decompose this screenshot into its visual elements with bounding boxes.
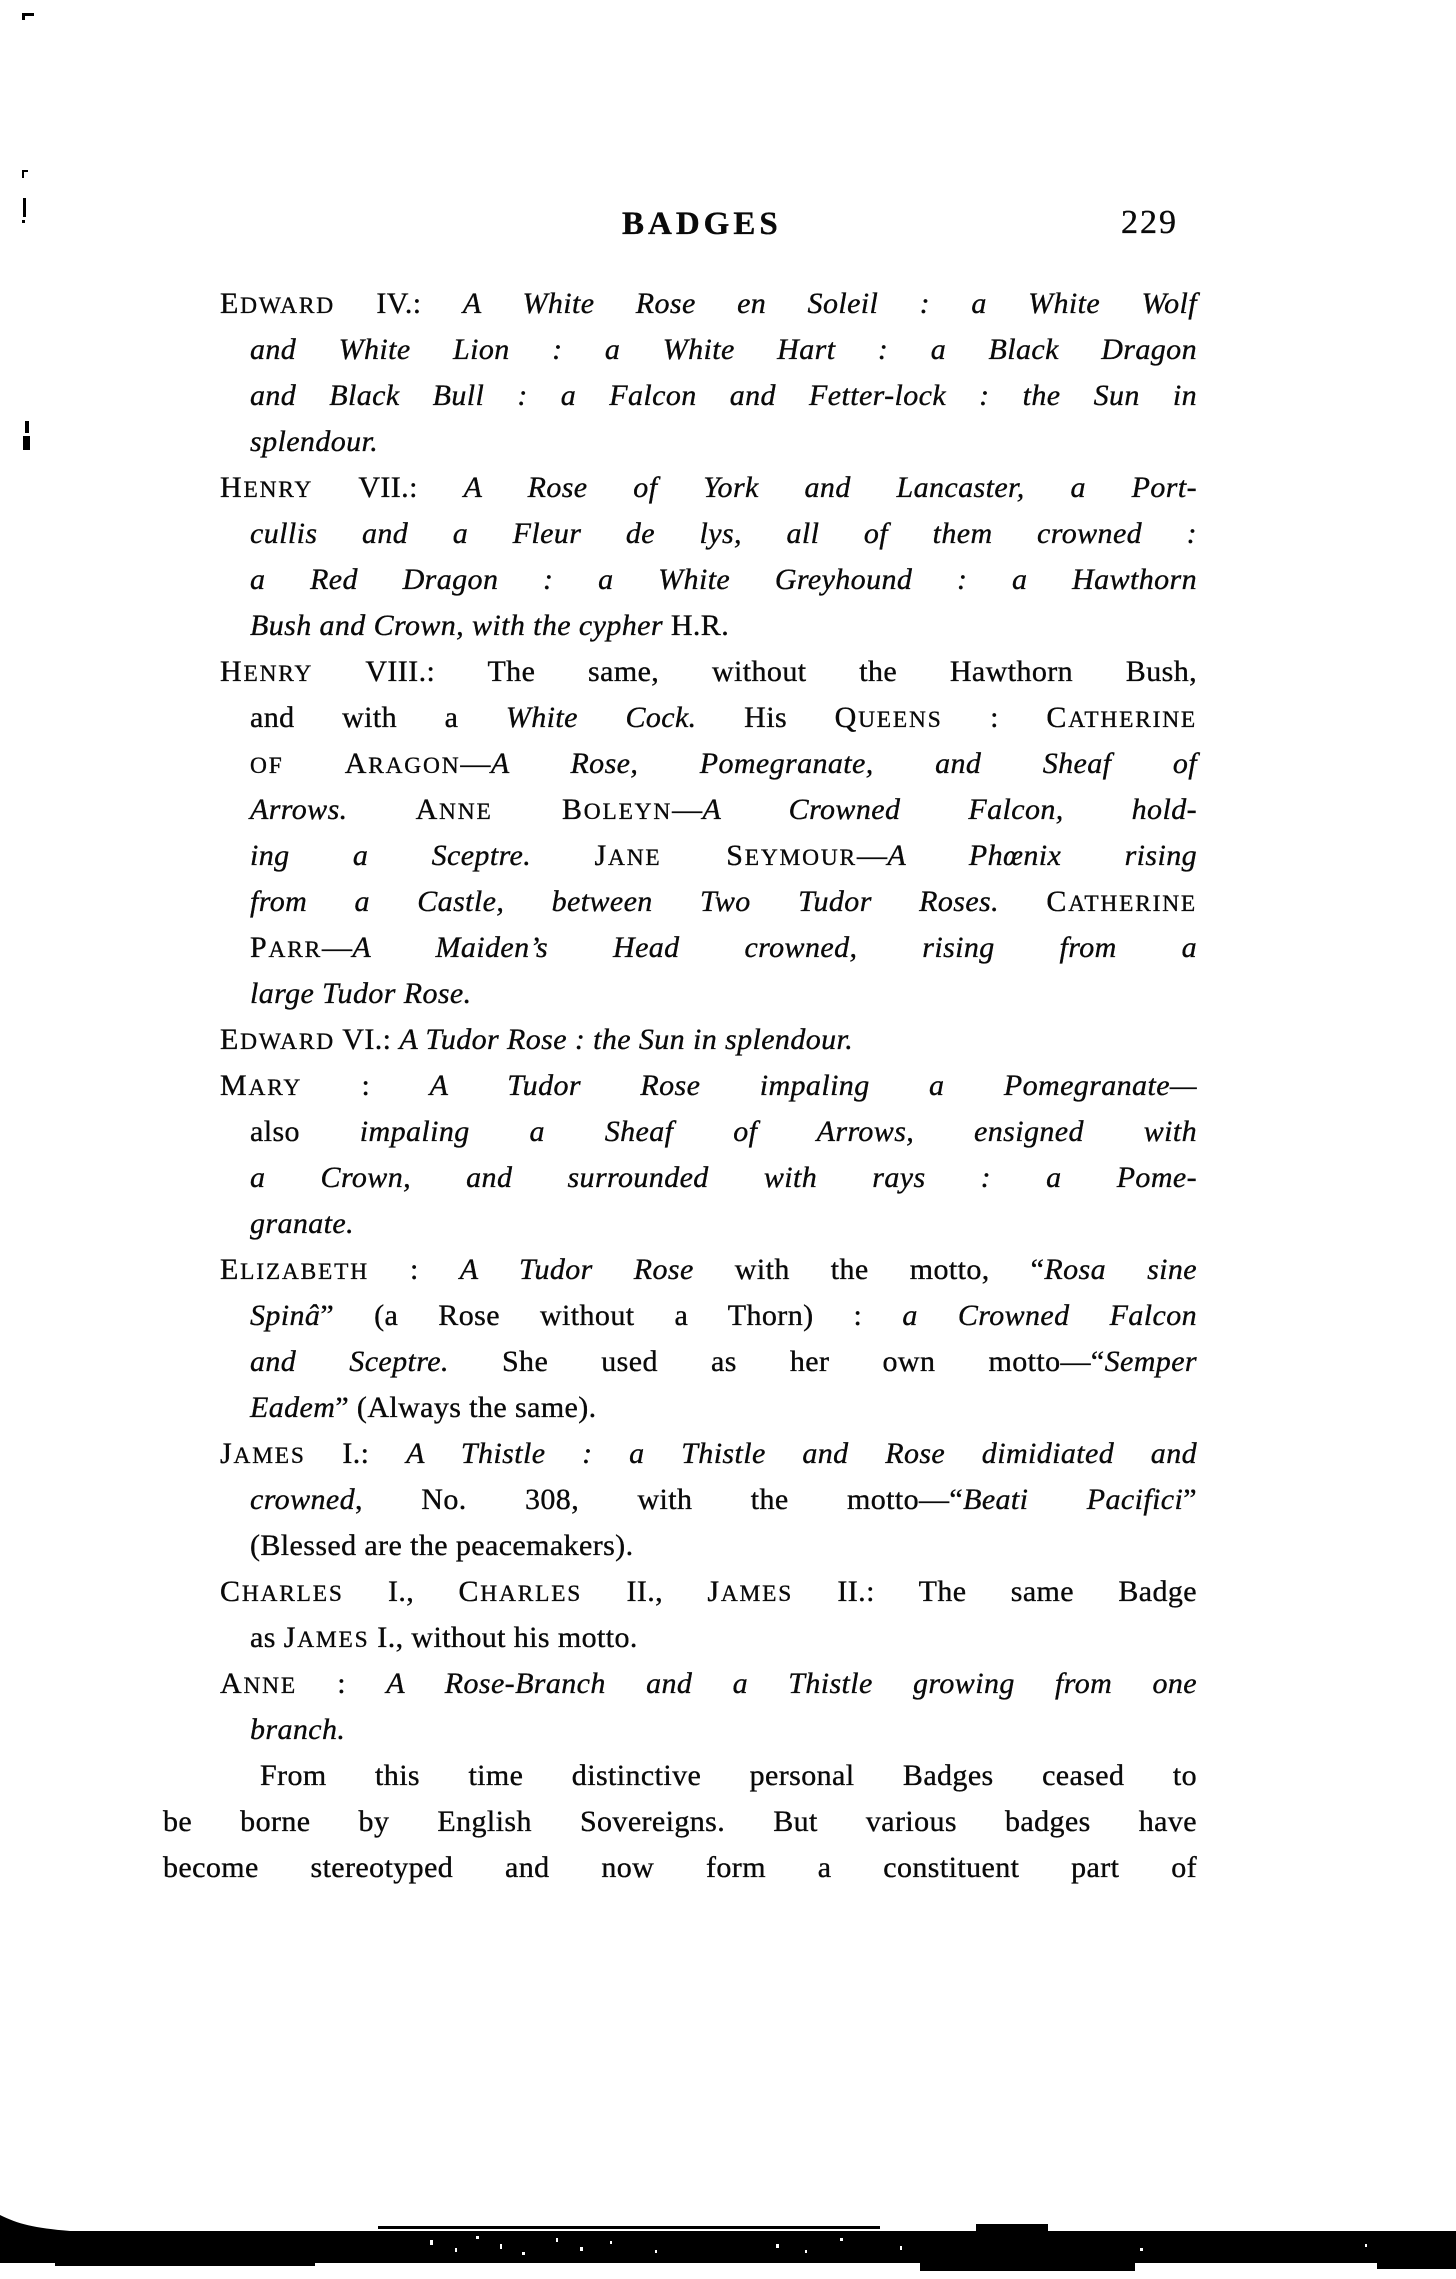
text-line: ing a Sceptre. JANE SEYMOUR—A Phœnix ris… bbox=[163, 833, 1197, 879]
text-line: granate. bbox=[163, 1201, 1197, 1247]
scan-artifact-mark bbox=[23, 198, 26, 217]
scan-artifact-mark bbox=[23, 436, 30, 450]
text-line: a Red Dragon : a White Greyhound : a Haw… bbox=[163, 557, 1197, 603]
text-line: become stereotyped and now form a consti… bbox=[163, 1845, 1197, 1891]
text-line: Spinâ” (a Rose without a Thorn) : a Crow… bbox=[163, 1293, 1197, 1339]
book-page-scan: BADGES 229 EDWARD IV.: A White Rose en S… bbox=[0, 0, 1456, 2279]
entry-elizabeth: ELIZABETH : A Tudor Rose with the motto,… bbox=[163, 1247, 1197, 1431]
text-line: From this time distinctive personal Badg… bbox=[163, 1753, 1197, 1799]
entry-henry-vii: HENRY VII.: A Rose of York and Lancaster… bbox=[163, 465, 1197, 649]
entry-mary: MARY : A Tudor Rose impaling a Pomegrana… bbox=[163, 1063, 1197, 1247]
text-line: and Black Bull : a Falcon and Fetter-loc… bbox=[163, 373, 1197, 419]
closing-paragraph: From this time distinctive personal Badg… bbox=[163, 1753, 1197, 1891]
text-line: (Blessed are the peacemakers). bbox=[163, 1523, 1197, 1569]
entry-anne: ANNE : A Rose-Branch and a Thistle growi… bbox=[163, 1661, 1197, 1753]
text-line: be borne by English Sovereigns. But vari… bbox=[163, 1799, 1197, 1845]
text-line: from a Castle, between Two Tudor Roses. … bbox=[163, 879, 1197, 925]
text-line: HENRY VIII.: The same, without the Hawth… bbox=[163, 649, 1197, 695]
text-line: and Sceptre. She used as her own motto—“… bbox=[163, 1339, 1197, 1385]
text-line: splendour. bbox=[163, 419, 1197, 465]
text-line: PARR—A Maiden’s Head crowned, rising fro… bbox=[163, 925, 1197, 971]
entry-edward-vi: EDWARD VI.: A Tudor Rose : the Sun in sp… bbox=[163, 1017, 1197, 1063]
text-line: and White Lion : a White Hart : a Black … bbox=[163, 327, 1197, 373]
entry-charles-i-charles-ii-james-ii: CHARLES I., CHARLES II., JAMES II.: The … bbox=[163, 1569, 1197, 1661]
text-line: a Crown, and surrounded with rays : a Po… bbox=[163, 1155, 1197, 1201]
text-line: JAMES I.: A Thistle : a Thistle and Rose… bbox=[163, 1431, 1197, 1477]
text-block: EDWARD IV.: A White Rose en Soleil : a W… bbox=[163, 281, 1197, 1891]
text-line: also impaling a Sheaf of Arrows, ensigne… bbox=[163, 1109, 1197, 1155]
text-line: HENRY VII.: A Rose of York and Lancaster… bbox=[163, 465, 1197, 511]
text-line: MARY : A Tudor Rose impaling a Pomegrana… bbox=[163, 1063, 1197, 1109]
page-header: BADGES bbox=[622, 206, 782, 242]
entry-james-i: JAMES I.: A Thistle : a Thistle and Rose… bbox=[163, 1431, 1197, 1569]
text-line: and with a White Cock. His QUEENS : CATH… bbox=[163, 695, 1197, 741]
entry-edward-iv: EDWARD IV.: A White Rose en Soleil : a W… bbox=[163, 281, 1197, 465]
text-line: CHARLES I., CHARLES II., JAMES II.: The … bbox=[163, 1569, 1197, 1615]
scan-artifact-mark bbox=[22, 13, 25, 20]
text-line: as JAMES I., without his motto. bbox=[163, 1615, 1197, 1661]
text-line: large Tudor Rose. bbox=[163, 971, 1197, 1017]
text-line: Eadem” (Always the same). bbox=[163, 1385, 1197, 1431]
scan-dark-band bbox=[0, 2200, 1456, 2279]
text-line: cullis and a Fleur de lys, all of them c… bbox=[163, 511, 1197, 557]
text-line: EDWARD IV.: A White Rose en Soleil : a W… bbox=[163, 281, 1197, 327]
text-line: Bush and Crown, with the cypher H.R. bbox=[163, 603, 1197, 649]
page-number: 229 bbox=[1121, 204, 1178, 242]
text-line: branch. bbox=[163, 1707, 1197, 1753]
text-line: Arrows. ANNE BOLEYN—A Crowned Falcon, ho… bbox=[163, 787, 1197, 833]
scan-artifact-mark bbox=[22, 220, 25, 223]
entry-henry-viii: HENRY VIII.: The same, without the Hawth… bbox=[163, 649, 1197, 1017]
text-line: OF ARAGON—A Rose, Pomegranate, and Sheaf… bbox=[163, 741, 1197, 787]
text-line: EDWARD VI.: A Tudor Rose : the Sun in sp… bbox=[163, 1017, 1197, 1063]
text-line: crowned, No. 308, with the motto—“Beati … bbox=[163, 1477, 1197, 1523]
scan-artifact-mark bbox=[25, 421, 29, 433]
text-line: ANNE : A Rose-Branch and a Thistle growi… bbox=[163, 1661, 1197, 1707]
scan-artifact-mark bbox=[22, 170, 24, 178]
text-line: ELIZABETH : A Tudor Rose with the motto,… bbox=[163, 1247, 1197, 1293]
